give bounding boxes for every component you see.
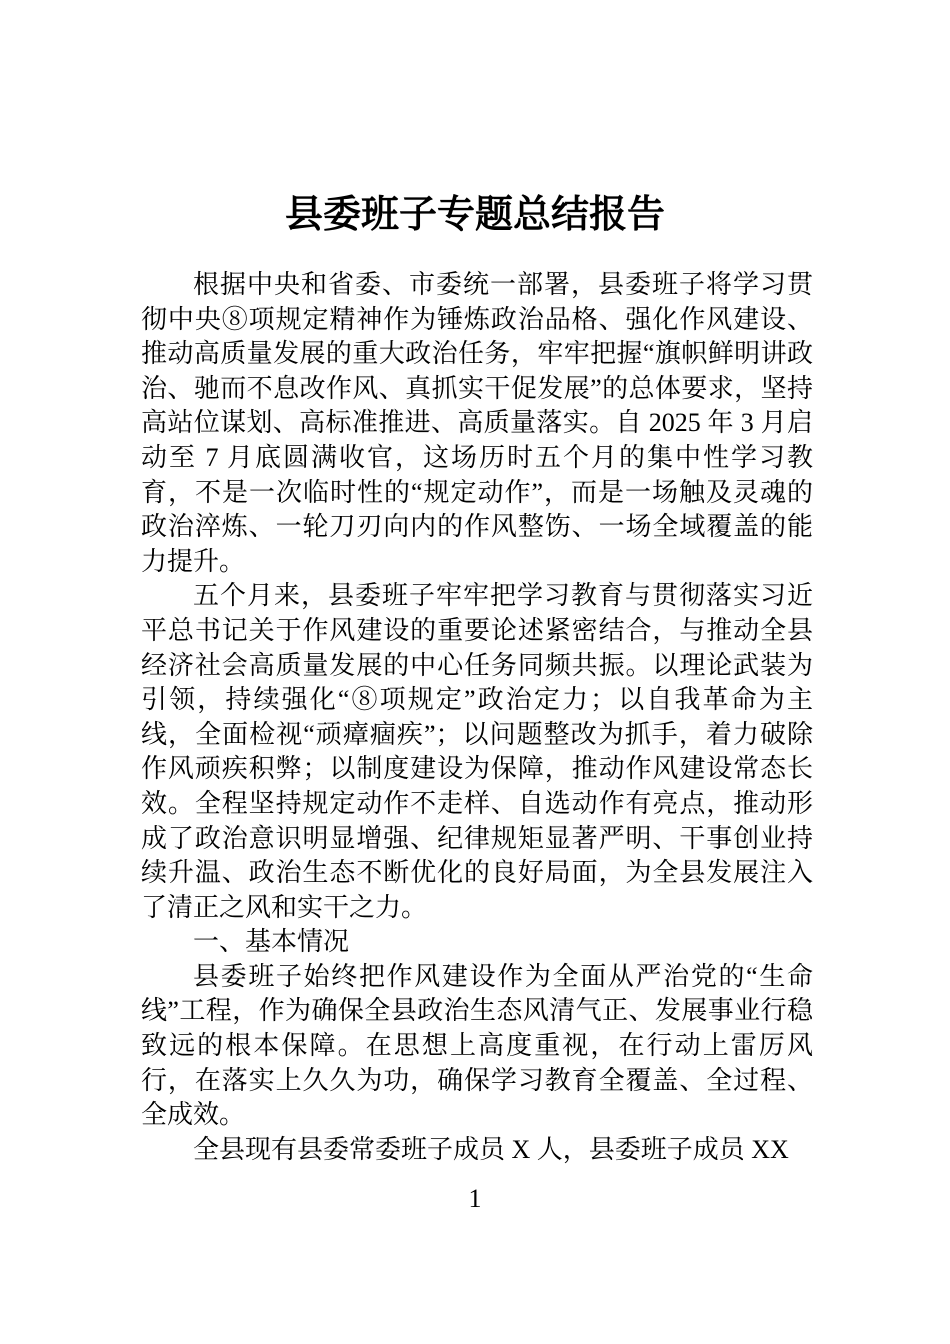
page-number: 1 bbox=[0, 1183, 950, 1215]
paragraph: 全县现有县委常委班子成员 X 人，县委班子成员 XX bbox=[141, 1133, 813, 1168]
paragraph: 根据中央和省委、市委统一部署，县委班子将学习贯彻中央⑧项规定精神作为锤炼政治品格… bbox=[141, 268, 813, 579]
document-title: 县委班子专题总结报告 bbox=[0, 192, 950, 238]
paragraph: 县委班子始终把作风建设作为全面从严治党的“生命线”工程，作为确保全县政治生态风清… bbox=[141, 960, 813, 1133]
section-heading: 一、基本情况 bbox=[141, 925, 813, 960]
paragraph: 五个月来，县委班子牢牢把学习教育与贯彻落实习近平总书记关于作风建设的重要论述紧密… bbox=[141, 579, 813, 925]
document-body: 根据中央和省委、市委统一部署，县委班子将学习贯彻中央⑧项规定精神作为锤炼政治品格… bbox=[141, 268, 813, 1167]
document-page: 县委班子专题总结报告 根据中央和省委、市委统一部署，县委班子将学习贯彻中央⑧项规… bbox=[0, 0, 950, 1344]
